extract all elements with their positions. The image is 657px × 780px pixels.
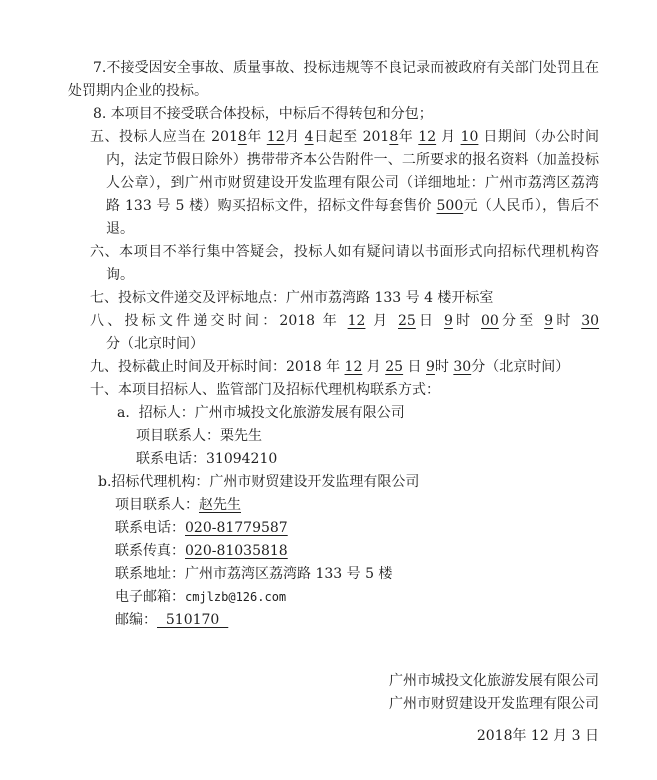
text-segment: 分（北京时间） — [106, 336, 204, 352]
text-segment: b.招标代理机构：广州市财贸建设开发监理有限公司 — [98, 474, 419, 490]
agency-postcode: 邮编： 510170 — [68, 609, 599, 632]
text-segment: 月 — [436, 129, 460, 145]
text-segment: 分（北京时间） — [471, 359, 569, 375]
text-segment: 广州市城投文化旅游发展有限公司 — [389, 673, 599, 689]
text-segment: 2018年 12 月 3 日 — [477, 728, 599, 744]
text-segment: a. 招标人：广州市城投文化旅游发展有限公司 — [117, 405, 405, 421]
text-segment: 分至 — [499, 313, 544, 329]
filled-blank-text: 30 — [581, 313, 599, 329]
filled-blank-text: 赵先生 — [199, 497, 241, 513]
section-7-submission-place: 七、投标文件递交及评标地点：广州市荔湾路 133 号 4 楼开标室 — [68, 287, 599, 310]
section-10-contacts-heading: 十、本项目招标人、监管部门及招标代理机构联系方式： — [68, 379, 599, 402]
section-5-registration-period: 五、投标人应当在 2018年 12月 4日起至 2018年 12 月 10 日期… — [68, 126, 599, 241]
section-8-submission-time: 八、投标文件递交时间：2018 年 12 月 25日 9时 00分至 9时 30… — [68, 310, 599, 356]
filled-blank-text: 500 — [437, 198, 464, 214]
text-segment: 项目联系人：栗先生 — [136, 428, 262, 444]
text-segment: 联系传真： — [115, 543, 185, 559]
text-segment: 日 — [416, 313, 444, 329]
text-segment: 年 — [247, 129, 267, 145]
filled-blank-text: 020-81779587 — [185, 520, 288, 536]
text-segment: 邮编： — [115, 612, 157, 628]
filled-blank-text: 30 — [453, 359, 471, 375]
filled-blank-text: 25 — [385, 359, 403, 375]
agency-fax: 联系传真：020-81035818 — [68, 540, 599, 563]
text-segment: 8. 本项目不接受联合体投标，中标后不得转包和分包； — [93, 106, 433, 122]
filled-blank-text: 8 — [389, 129, 398, 145]
signature-date: 2018年 12 月 3 日 — [68, 725, 599, 748]
text-segment: 电子邮箱： — [115, 589, 185, 605]
document-body: 7.不接受因安全事故、质量事故、投标违规等不良记录而被政府有关部门处罚且在处罚期… — [68, 57, 599, 748]
text-segment: 月 — [285, 129, 305, 145]
filled-blank-text: 9 — [544, 313, 553, 329]
agency-email: 电子邮箱：cmjlzb@126.com — [68, 586, 599, 609]
text-segment: 九、投标截止时间及开标时间：2018 年 — [90, 359, 345, 375]
tenderer-phone: 联系电话：31094210 — [68, 448, 599, 471]
filled-blank-text: 9 — [426, 359, 435, 375]
filled-blank-text: 8 — [238, 129, 247, 145]
filled-blank-text: 12 — [418, 129, 436, 145]
tenderer-contact-person: 项目联系人：栗先生 — [68, 425, 599, 448]
clause-7-bad-records: 7.不接受因安全事故、质量事故、投标违规等不良记录而被政府有关部门处罚且在处罚期… — [68, 57, 599, 103]
signature-company-1: 广州市城投文化旅游发展有限公司 — [68, 670, 599, 693]
filled-blank-text: 10 — [461, 129, 479, 145]
document-page: 7.不接受因安全事故、质量事故、投标违规等不良记录而被政府有关部门处罚且在处罚期… — [0, 0, 657, 780]
text-segment: 七、投标文件递交及评标地点：广州市荔湾路 133 号 4 楼开标室 — [90, 290, 493, 306]
text-segment: 时 — [453, 313, 481, 329]
filled-blank-text: 12 — [267, 129, 285, 145]
clause-8-no-consortium: 8. 本项目不接受联合体投标，中标后不得转包和分包； — [68, 103, 599, 126]
signature-company-2: 广州市财贸建设开发监理有限公司 — [68, 693, 599, 716]
agency-address: 联系地址：广州市荔湾区荔湾路 133 号 5 楼 — [68, 563, 599, 586]
text-segment: 项目联系人： — [115, 497, 199, 513]
text-segment: 联系电话： — [115, 520, 185, 536]
text-segment: 广州市财贸建设开发监理有限公司 — [389, 696, 599, 712]
text-segment: 十、本项目招标人、监管部门及招标代理机构联系方式： — [90, 382, 440, 398]
text-segment: 月 — [365, 313, 398, 329]
text-segment: 八、投标文件递交时间：2018 年 — [90, 313, 348, 329]
filled-blank-text: 510170 — [157, 612, 228, 628]
agency-contact-person: 项目联系人：赵先生 — [68, 494, 599, 517]
tenderer-name: a. 招标人：广州市城投文化旅游发展有限公司 — [68, 402, 599, 425]
filled-blank-text: 12 — [345, 359, 363, 375]
text-segment: 六、本项目不举行集中答疑会，投标人如有疑问请以书面形式向招标代理机构咨询。 — [90, 244, 599, 283]
filled-blank-text: 020-81035818 — [185, 543, 288, 559]
text-segment: 时 — [553, 313, 581, 329]
agency-phone: 联系电话：020-81779587 — [68, 517, 599, 540]
text-segment: 联系地址：广州市荔湾区荔湾路 133 号 5 楼 — [115, 566, 392, 582]
section-9-deadline-opening-time: 九、投标截止时间及开标时间：2018 年 12 月 25 日 9时 30分（北京… — [68, 356, 599, 379]
text-segment: 五、投标人应当在 201 — [90, 129, 238, 145]
section-6-no-qa-meeting: 六、本项目不举行集中答疑会，投标人如有疑问请以书面形式向招标代理机构咨询。 — [68, 241, 599, 287]
filled-blank-text: 4 — [305, 129, 314, 145]
filled-blank-text: 00 — [481, 313, 499, 329]
agency-name: b.招标代理机构：广州市财贸建设开发监理有限公司 — [68, 471, 599, 494]
text-segment: 日 — [403, 359, 426, 375]
text-segment: 年 — [398, 129, 418, 145]
text-segment: 月 — [362, 359, 385, 375]
text-segment: cmjlzb@126.com — [185, 590, 286, 604]
text-segment: 联系电话：31094210 — [136, 451, 277, 467]
filled-blank-text: 9 — [444, 313, 453, 329]
filled-blank-text: 25 — [398, 313, 416, 329]
text-segment: 时 — [435, 359, 453, 375]
filled-blank-text: 12 — [348, 313, 366, 329]
text-segment: 日起至 201 — [314, 129, 390, 145]
text-segment: 7.不接受因安全事故、质量事故、投标违规等不良记录而被政府有关部门处罚且在处罚期… — [68, 60, 599, 99]
